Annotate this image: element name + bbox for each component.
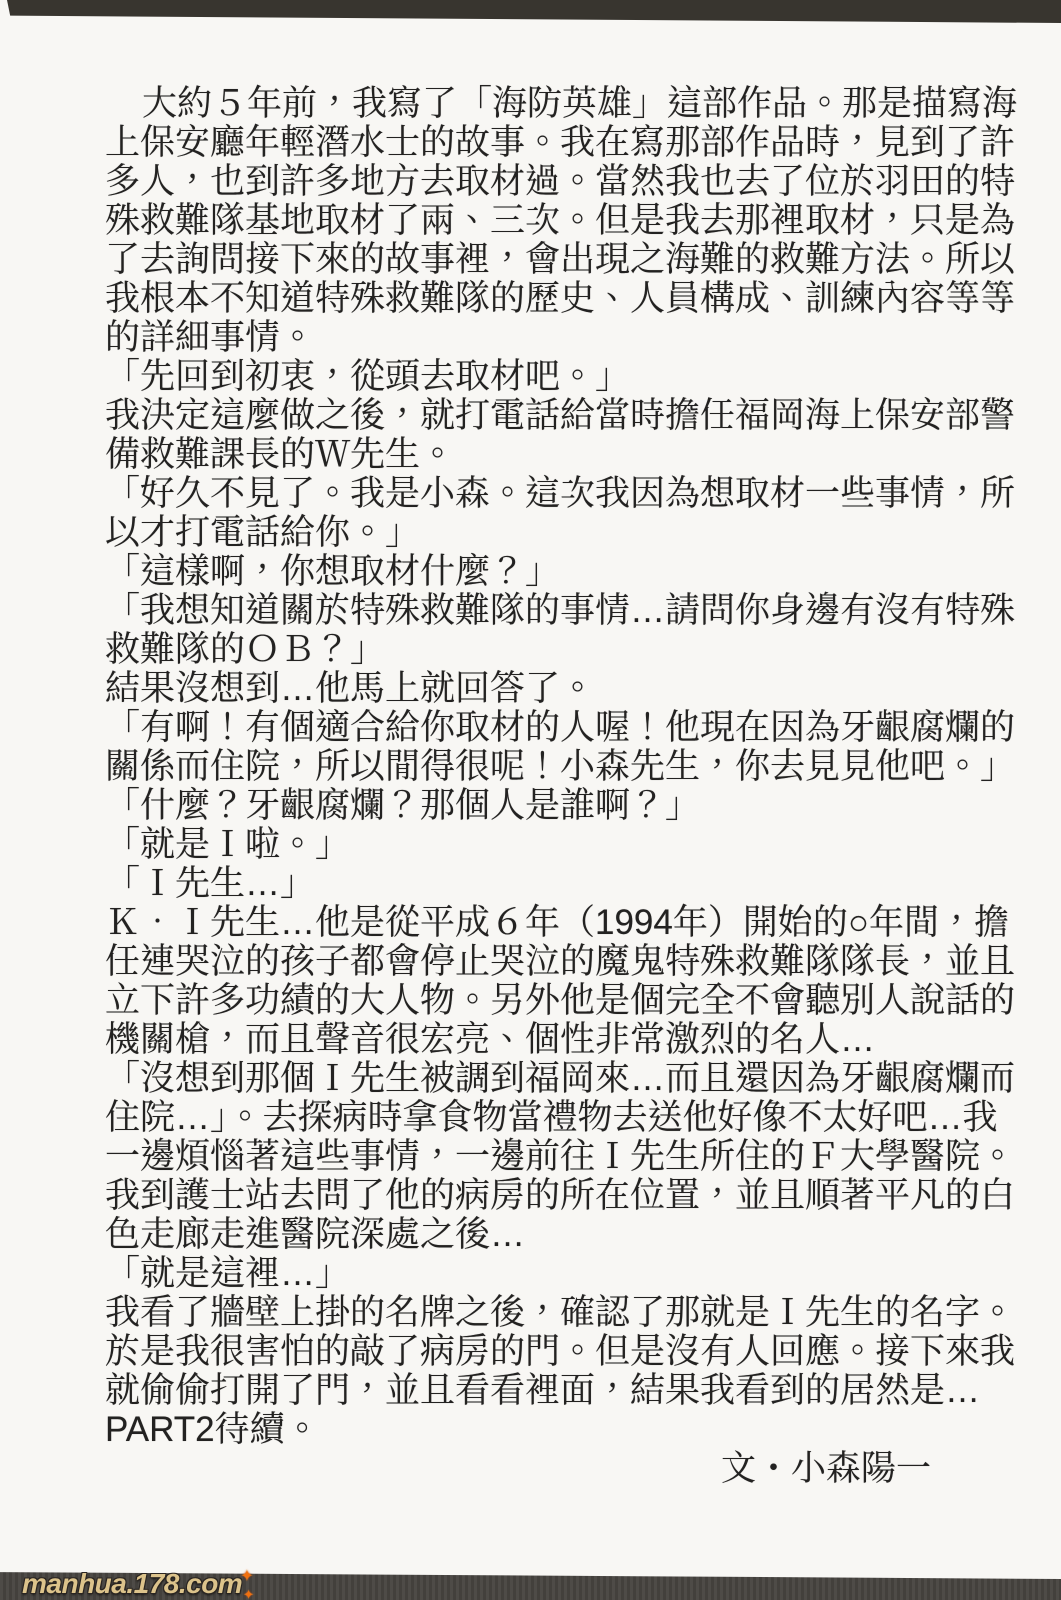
watermark: manhua.178.com✦✦ xyxy=(22,1568,266,1600)
text-line: 住院…」。去探病時拿食物當禮物去送他好像不太好吧…我 xyxy=(105,1098,953,1137)
text-line: 於是我很害怕的敲了病房的門。但是沒有人回應。接下來我 xyxy=(105,1332,953,1371)
text-line: 色走廊走進醫院深處之後… xyxy=(105,1215,953,1254)
text-line: 以才打電話給你。」 xyxy=(105,513,953,552)
text-line: 結果沒想到…他馬上就回答了。 xyxy=(105,669,953,708)
watermark-site-text: manhua.178.com xyxy=(22,1568,242,1599)
text-line: PART2待續。 xyxy=(105,1410,953,1449)
scanned-page: 大約５年前，我寫了「海防英雄」這部作品。那是描寫海上保安廳年輕潛水士的故事。我在… xyxy=(0,0,1061,1600)
text-line: 「就是Ｉ啦。」 xyxy=(105,825,953,864)
text-line: 立下許多功績的大人物。另外他是個完全不會聽別人說話的 xyxy=(105,981,953,1020)
text-line: 「有啊！有個適合給你取材的人喔！他現在因為牙齦腐爛的 xyxy=(105,708,953,747)
author-signature: 文・小森陽一 xyxy=(105,1449,953,1488)
text-line: 「我想知道關於特殊救難隊的事情…請問你身邊有沒有特殊 xyxy=(105,591,953,630)
text-line: 上保安廳年輕潛水士的故事。我在寫那部作品時，見到了許 xyxy=(105,123,953,162)
text-line: 「先回到初衷，從頭去取材吧。」 xyxy=(105,357,953,396)
text-line: 「Ｉ先生…」 xyxy=(105,864,953,903)
text-line: 「這樣啊，你想取材什麼？」 xyxy=(105,552,953,591)
text-line: 「就是這裡…」 xyxy=(105,1254,953,1293)
afterword-text: 大約５年前，我寫了「海防英雄」這部作品。那是描寫海上保安廳年輕潛水士的故事。我在… xyxy=(105,84,953,1488)
text-line: 多人，也到許多地方去取材過。當然我也去了位於羽田的特 xyxy=(105,162,953,201)
text-line: 殊救難隊基地取材了兩、三次。但是我去那裡取材，只是為 xyxy=(105,201,953,240)
text-lines: 大約５年前，我寫了「海防英雄」這部作品。那是描寫海上保安廳年輕潛水士的故事。我在… xyxy=(105,84,953,1449)
text-line: 「好久不見了。我是小森。這次我因為想取材一些事情，所 xyxy=(105,474,953,513)
text-line: 「什麼？牙齦腐爛？那個人是誰啊？」 xyxy=(105,786,953,825)
text-line: 我看了牆壁上掛的名牌之後，確認了那就是Ｉ先生的名字。 xyxy=(105,1293,953,1332)
text-line: 任連哭泣的孩子都會停止哭泣的魔鬼特殊救難隊隊長，並且 xyxy=(105,942,953,981)
text-line: 大約５年前，我寫了「海防英雄」這部作品。那是描寫海 xyxy=(105,84,953,123)
text-line: Ｋ．Ｉ先生…他是從平成６年（1994年）開始的○年間，擔 xyxy=(105,903,953,942)
text-line: 就偷偷打開了門，並且看看裡面，結果我看到的居然是… xyxy=(105,1371,953,1410)
text-line: 備救難課長的Ｗ先生。 xyxy=(105,435,953,474)
text-line: 機關槍，而且聲音很宏亮、個性非常激烈的名人… xyxy=(105,1020,953,1059)
sparkle-icon: ✦ xyxy=(240,1568,253,1585)
text-line: 關係而住院，所以閒得很呢！小森先生，你去見見他吧。」 xyxy=(105,747,953,786)
text-line: 了去詢問接下來的故事裡，會出現之海難的救難方法。所以 xyxy=(105,240,953,279)
text-line: 我決定這麼做之後，就打電話給當時擔任福岡海上保安部警 xyxy=(105,396,953,435)
scan-edge-top xyxy=(7,0,1061,23)
text-line: 一邊煩惱著這些事情，一邊前往Ｉ先生所住的Ｆ大學醫院。 xyxy=(105,1137,953,1176)
text-line: 的詳細事情。 xyxy=(105,318,953,357)
sparkle-icon: ✦ xyxy=(243,1587,253,1600)
text-line: 救難隊的ＯＢ？」 xyxy=(105,630,953,669)
text-line: 我根本不知道特殊救難隊的歷史、人員構成、訓練內容等等 xyxy=(105,279,953,318)
text-line: 我到護士站去問了他的病房的所在位置，並且順著平凡的白 xyxy=(105,1176,953,1215)
text-line: 「沒想到那個Ｉ先生被調到福岡來…而且還因為牙齦腐爛而 xyxy=(105,1059,953,1098)
